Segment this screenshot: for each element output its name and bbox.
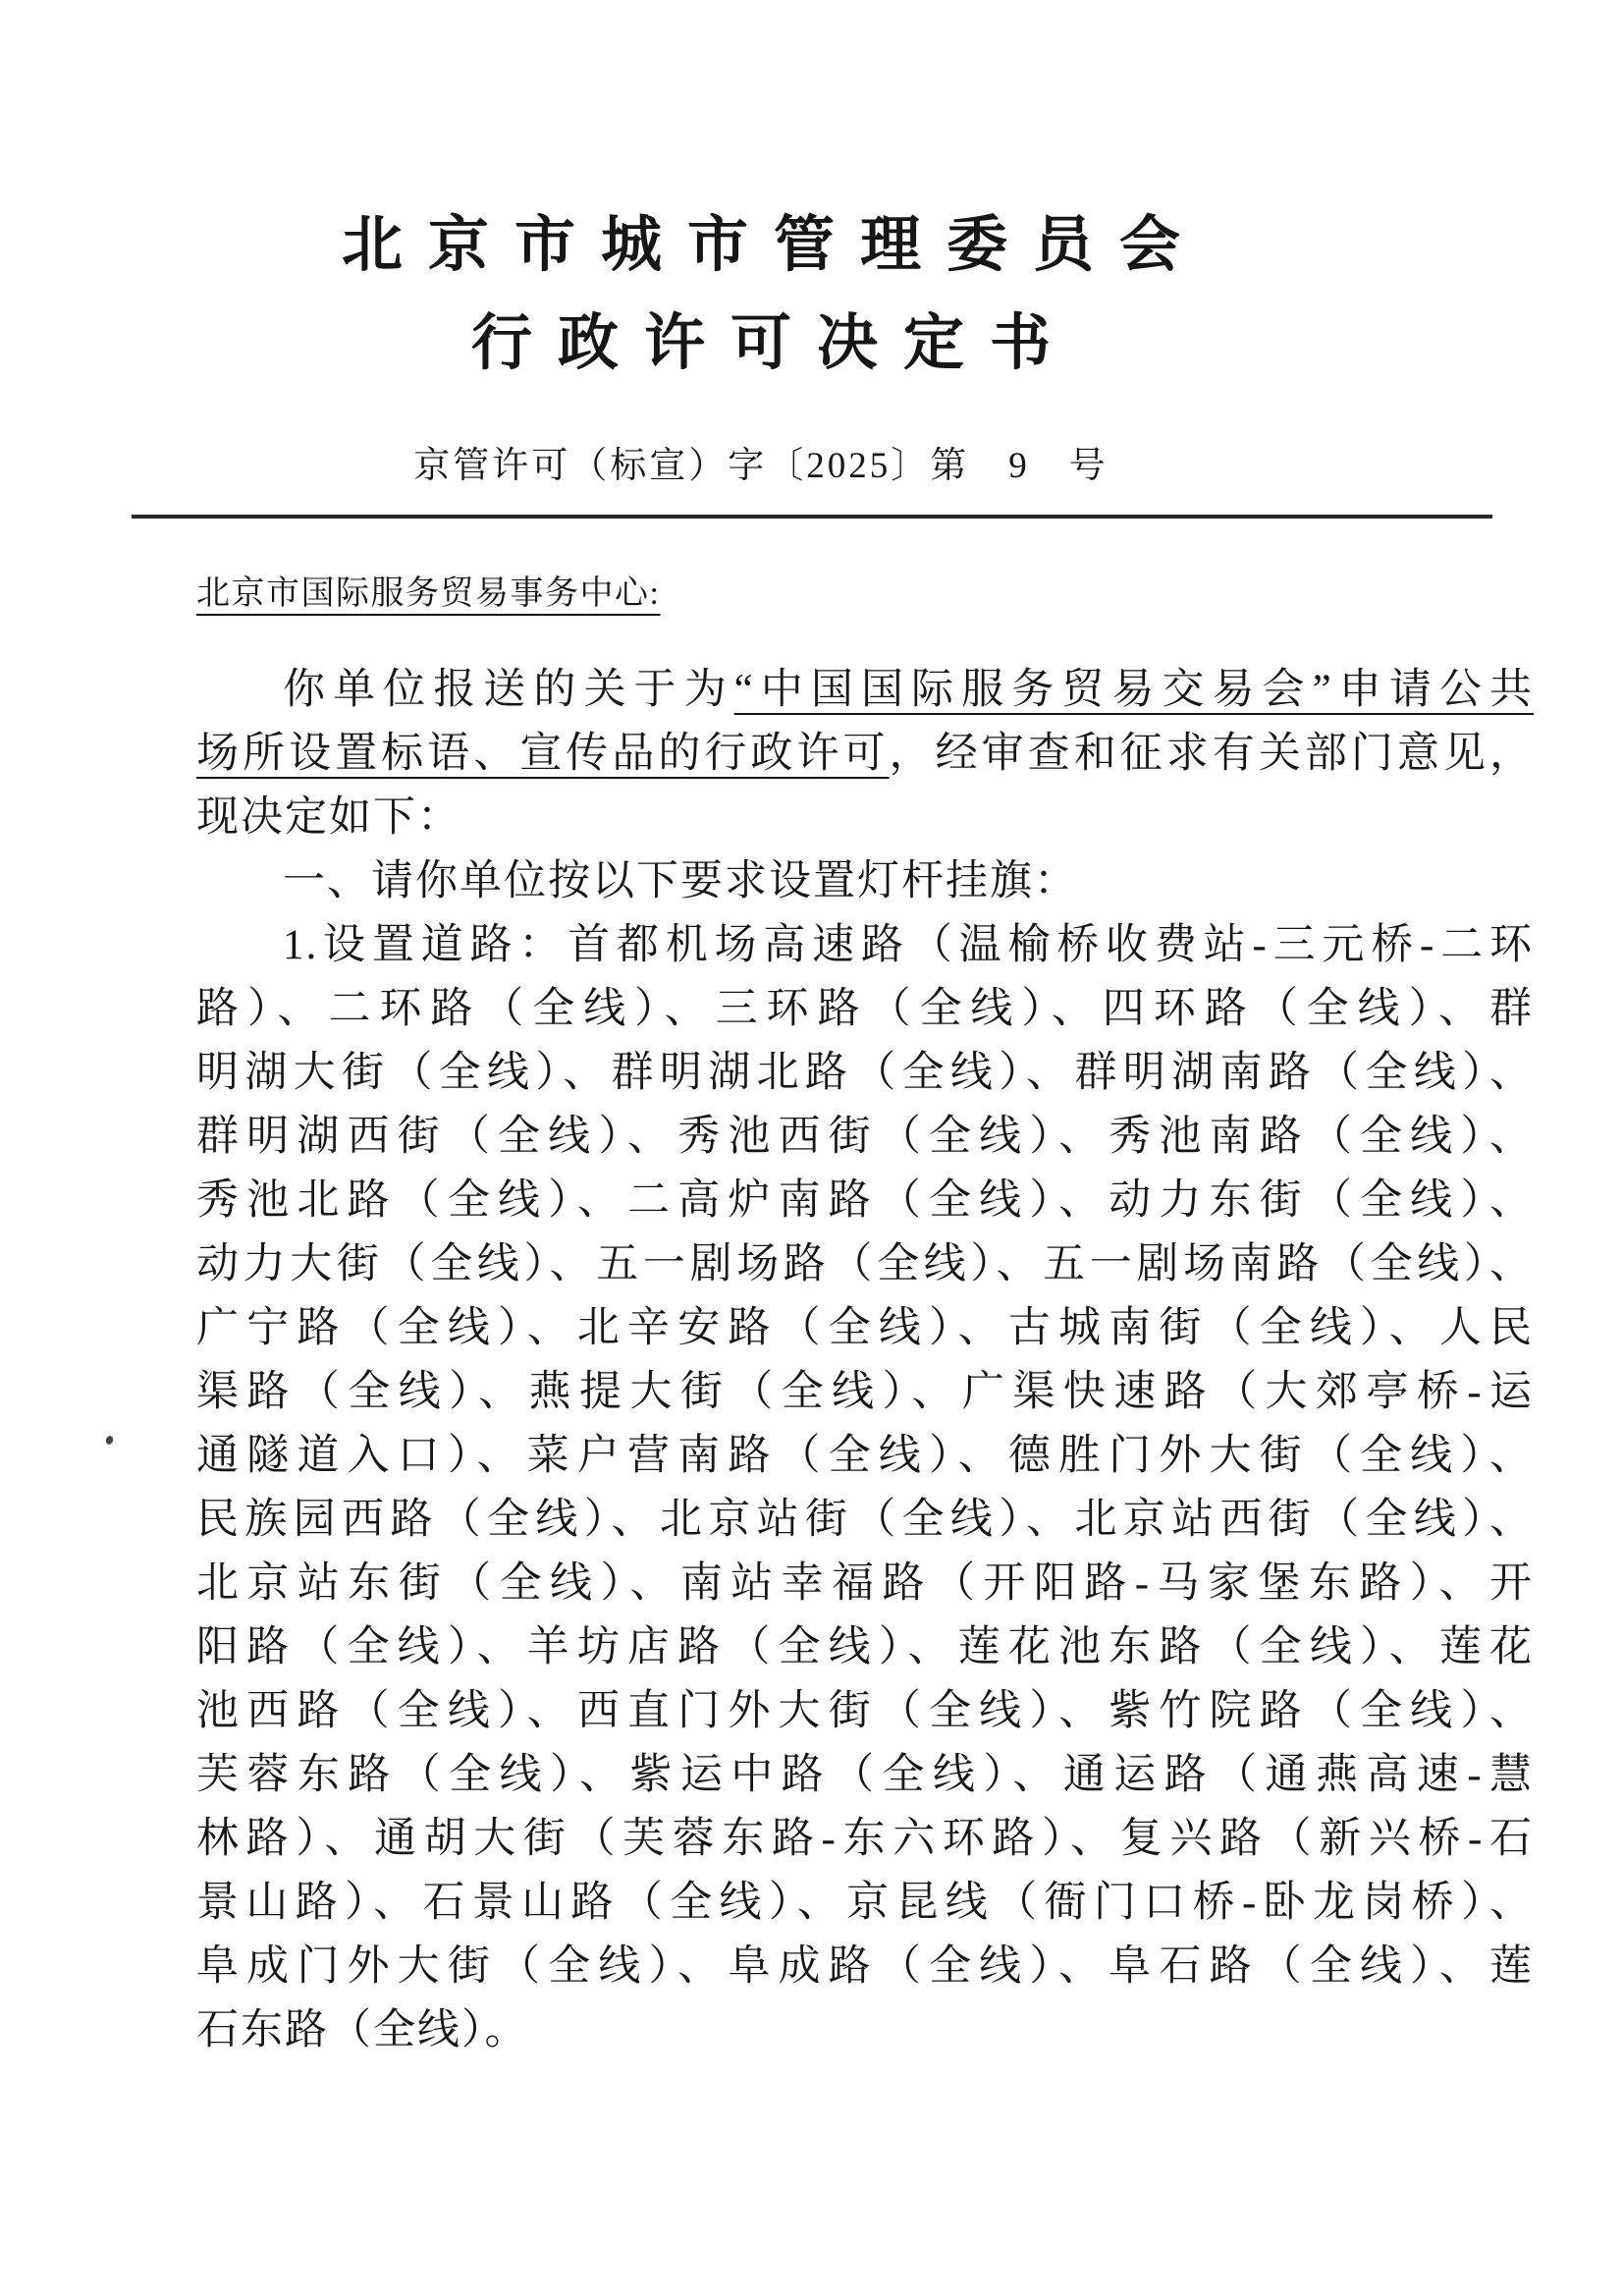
document-line: 你单位报送的关于为“中国国际服务贸易交易会”申请公共 [196,658,1534,722]
scan-artifact-dot [105,1435,114,1446]
line-text: 广宁路（全线）、北辛安路（全线）、古城南街（全线）、人民 [196,1305,1534,1351]
line-text: 阳路（全线）、羊坊店路（全线）、莲花池东路（全线）、莲花 [196,1624,1534,1670]
page-title-line1: 北京市城市管理委员会 [137,214,1384,277]
addressee-line: 北京市国际服务贸易事务中心: [196,570,1534,619]
line-text: 芙蓉东路（全线）、紫运中路（全线）、通运路（通燕高速-慧 [196,1752,1534,1798]
page-title-line2: 行政许可决定书 [137,312,1384,375]
line-text: 秀池北路（全线）、二高炉南路（全线）、动力东街（全线）、 [196,1177,1534,1224]
document-line: 现决定如下： [196,786,1534,849]
document-line: 池西路（全线）、西直门外大街（全线）、紫竹院路（全线）、 [196,1679,1534,1743]
underlined-text: 北京市国际服务贸易事务中心: [196,575,660,612]
line-text: ，经审查和征求有关部门意见， [890,731,1534,777]
underlined-text: 场所设置标语、宣传品的行政许可 [196,731,890,777]
document-header: 北京市城市管理委员会 行政许可决定书 京管许可（标宣）字〔2025〕第 9 号 [137,0,1384,519]
document-number: 京管许可（标宣）字〔2025〕第 9 号 [137,444,1384,489]
line-text: 路）、二环路（全线）、三环路（全线）、四环路（全线）、群 [196,986,1534,1032]
line-text: 群明湖西街（全线）、秀池西街（全线）、秀池南路（全线）、 [196,1114,1534,1160]
document-line: 景山路）、石景山路（全线）、京昆线（衙门口桥-卧龙岗桥）、 [196,1871,1534,1935]
line-text: 林路）、通胡大街（芙蓉东路-东六环路）、复兴路（新兴桥-石 [196,1816,1534,1862]
line-text: 通隧道入口）、菜户营南路（全线）、德胜门外大街（全线）、 [196,1433,1534,1479]
line-text: 现决定如下： [196,794,461,841]
document-line: 民族园西路（全线）、北京站街（全线）、北京站西街（全线）、 [196,1488,1534,1552]
line-text: 动力大街（全线）、五一剧场路（全线）、五一剧场南路（全线）、 [196,1241,1534,1287]
header-divider [132,515,1492,519]
document-line: 北京站东街（全线）、南站幸福路（开阳路-马家堡东路）、开 [196,1552,1534,1615]
document-line: 阳路（全线）、羊坊店路（全线）、莲花池东路（全线）、莲花 [196,1615,1534,1679]
document-line: 群明湖西街（全线）、秀池西街（全线）、秀池南路（全线）、 [196,1105,1534,1169]
document-line: 芙蓉东路（全线）、紫运中路（全线）、通运路（通燕高速-慧 [196,1743,1534,1807]
document-line: 林路）、通胡大街（芙蓉东路-东六环路）、复兴路（新兴桥-石 [196,1807,1534,1871]
line-text: 你单位报送的关于为 [283,667,734,713]
line-text: 景山路）、石景山路（全线）、京昆线（衙门口桥-卧龙岗桥）、 [196,1880,1534,1926]
document-page: 北京市城市管理委员会 行政许可决定书 京管许可（标宣）字〔2025〕第 9 号 … [0,0,1623,2296]
line-text: 阜成门外大街（全线）、阜成路（全线）、阜石路（全线）、莲 [196,1943,1534,1990]
line-text: 石东路（全线）。 [196,2007,529,2053]
document-line: 阜成门外大街（全线）、阜成路（全线）、阜石路（全线）、莲 [196,1935,1534,1998]
line-text: 池西路（全线）、西直门外大街（全线）、紫竹院路（全线）、 [196,1688,1534,1734]
document-line: 路）、二环路（全线）、三环路（全线）、四环路（全线）、群 [196,977,1534,1041]
underlined-text: “中国国际服务贸易交易会”申请公共 [734,667,1534,713]
document-line: 石东路（全线）。 [196,1998,1534,2062]
line-text: 一、请你单位按以下要求设置灯杆挂旗： [283,858,1078,904]
line-text: 民族园西路（全线）、北京站街（全线）、北京站西街（全线）、 [196,1497,1534,1543]
document-line: 明湖大街（全线）、群明湖北路（全线）、群明湖南路（全线）、 [196,1041,1534,1105]
document-line: 一、请你单位按以下要求设置灯杆挂旗： [196,849,1534,913]
document-line: 1.设置道路：首都机场高速路（温榆桥收费站-三元桥-二环 [196,913,1534,977]
line-text: 1.设置道路：首都机场高速路（温榆桥收费站-三元桥-二环 [283,922,1534,968]
document-line: 广宁路（全线）、北辛安路（全线）、古城南街（全线）、人民 [196,1296,1534,1360]
line-text: 渠路（全线）、燕提大街（全线）、广渠快速路（大郊亭桥-运 [196,1369,1534,1415]
document-line: 动力大街（全线）、五一剧场路（全线）、五一剧场南路（全线）、 [196,1232,1534,1296]
document-lines: 北京市国际服务贸易事务中心:你单位报送的关于为“中国国际服务贸易交易会”申请公共… [196,570,1534,2062]
line-text: 北京站东街（全线）、南站幸福路（开阳路-马家堡东路）、开 [196,1560,1534,1607]
document-line: 场所设置标语、宣传品的行政许可，经审查和征求有关部门意见， [196,722,1534,786]
document-line: 秀池北路（全线）、二高炉南路（全线）、动力东街（全线）、 [196,1169,1534,1232]
line-text: 明湖大街（全线）、群明湖北路（全线）、群明湖南路（全线）、 [196,1050,1534,1096]
document-line: 渠路（全线）、燕提大街（全线）、广渠快速路（大郊亭桥-运 [196,1360,1534,1424]
document-line: 通隧道入口）、菜户营南路（全线）、德胜门外大街（全线）、 [196,1424,1534,1488]
